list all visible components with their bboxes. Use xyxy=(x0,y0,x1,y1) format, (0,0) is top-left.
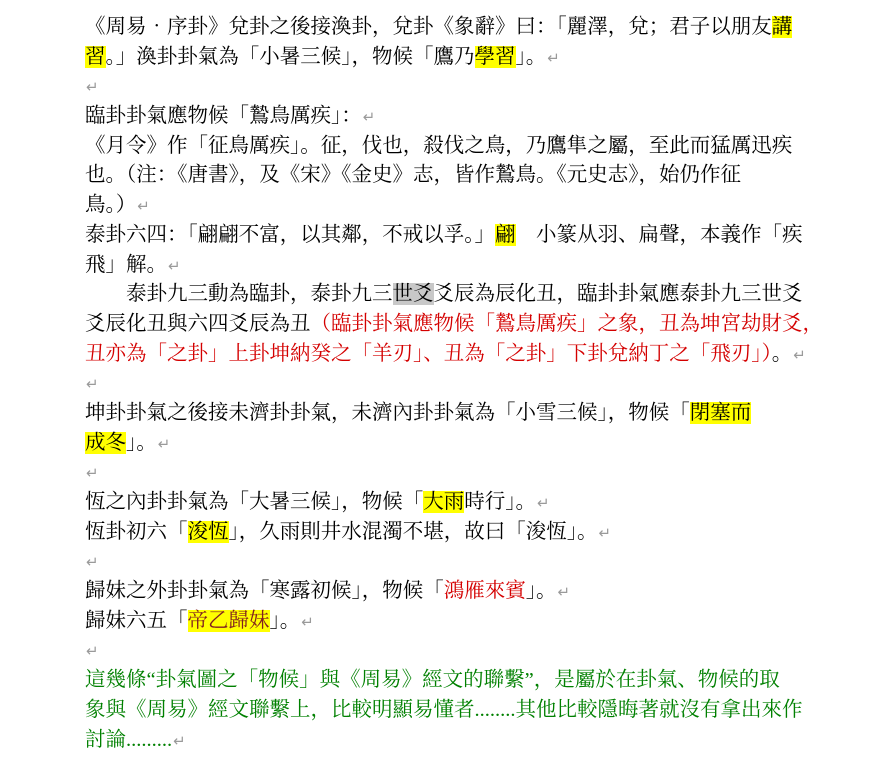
text-run: 泰卦六四：「翩翩不富，以其鄰，不戒以孚。」 xyxy=(85,224,495,246)
text-line: ↵ xyxy=(85,636,795,666)
text-line: 歸妹六五「帝乙歸妹」。↵ xyxy=(85,607,795,637)
paragraph-mark-icon: ↵ xyxy=(85,464,99,482)
text-line: 泰卦九三動為臨卦，泰卦九三世爻爻辰為辰化丑，臨卦卦氣應泰卦九三世爻 xyxy=(85,280,795,310)
text-line: 《周易‧序卦》兌卦之後接渙卦，兌卦《象辭》曰：「麗澤，兌；君子以朋友講 xyxy=(85,13,795,43)
text-line: 恆之內卦卦氣為「大暑三候」，物候「大雨時行」。↵ xyxy=(85,488,795,518)
highlighted-text-run: 閉塞而 xyxy=(690,402,752,424)
paragraph-mark-icon: ↵ xyxy=(546,49,560,67)
highlighted-text-run: 成冬 xyxy=(85,432,126,454)
text-line: 也。（注：《唐書》，及《宋》《金史》志，皆作鷙鳥。《元史志》，始仍作征 xyxy=(85,161,795,191)
paragraph-mark-icon: ↵ xyxy=(362,108,376,126)
text-run: 」。 xyxy=(516,46,547,68)
text-line: 爻辰化丑與六四爻辰為丑（臨卦卦氣應物候「鷙鳥厲疾」之象，丑為坤宮劫財爻， xyxy=(85,310,795,340)
paragraph-mark-icon: ↵ xyxy=(792,346,806,364)
document-page: 《周易‧序卦》兌卦之後接渙卦，兌卦《象辭》曰：「麗澤，兌；君子以朋友講習。」渙卦… xyxy=(0,0,870,765)
text-line: 恆卦初六「浚恆」，久雨則井水混濁不堪，故曰「浚恆」。↵ xyxy=(85,518,795,548)
text-run: 恆卦初六「 xyxy=(85,521,188,543)
text-run: 」。 xyxy=(526,580,557,602)
text-line: 習。」渙卦卦氣為「小暑三候」，物候「鷹乃學習」。↵ xyxy=(85,43,795,73)
text-line: ↵ xyxy=(85,369,795,399)
text-run: 」，久雨則井水混濁不堪，故曰「浚恆」。 xyxy=(229,521,598,543)
text-run: 飛」解。 xyxy=(85,254,167,276)
text-line: 丑亦為「之卦」上卦坤納癸之「羊刃」、丑為「之卦」下卦兌納丁之「飛刃」）。↵ xyxy=(85,340,795,370)
text-run: 泰卦九三動為臨卦，泰卦九三 xyxy=(85,283,393,305)
text-line: ↵ xyxy=(85,72,795,102)
red-text-run: 鴻雁來賓 xyxy=(444,580,526,602)
text-line: 鳥。）↵ xyxy=(85,191,795,221)
paragraph-mark-icon: ↵ xyxy=(157,435,171,453)
red-text-run: 丑亦為「之卦」上卦坤納癸之「羊刃」、丑為「之卦」下卦兌納丁之「飛刃」） xyxy=(85,343,772,365)
text-run: 爻辰化丑與六四爻辰為丑 xyxy=(85,313,311,335)
text-line: 《月令》作「征鳥厲疾」。征，伐也，殺伐之鳥，乃鷹隼之屬，至此而猛厲迅疾 xyxy=(85,132,795,162)
text-run: 小篆从羽、扁聲，本義作「疾 xyxy=(516,224,803,246)
paragraph-mark-icon: ↵ xyxy=(172,732,186,750)
text-line: ↵ xyxy=(85,547,795,577)
text-run: 《周易‧序卦》兌卦之後接渙卦，兌卦《象辭》曰：「麗澤，兌；君子以朋友 xyxy=(85,16,772,38)
text-run: 。 xyxy=(772,343,793,365)
highlighted-text-run: 學習 xyxy=(475,46,516,68)
document-text-area: 《周易‧序卦》兌卦之後接渙卦，兌卦《象辭》曰：「麗澤，兌；君子以朋友講習。」渙卦… xyxy=(85,13,795,755)
text-line: 泰卦六四：「翩翩不富，以其鄰，不戒以孚。」翩 小篆从羽、扁聲，本義作「疾 xyxy=(85,221,795,251)
text-run: 。」渙卦卦氣為「小暑三候」，物候「鷹乃 xyxy=(106,46,475,68)
text-line: 討論.........↵ xyxy=(85,726,795,756)
paragraph-mark-icon: ↵ xyxy=(85,78,99,96)
text-line: 歸妹之外卦卦氣為「寒露初候」，物候「鴻雁來賓」。↵ xyxy=(85,577,795,607)
highlighted-text-run: 大雨 xyxy=(423,491,464,513)
text-run: 」。 xyxy=(270,610,301,632)
text-line: 飛」解。↵ xyxy=(85,251,795,281)
text-run: 時行」。 xyxy=(464,491,536,513)
green-text-run: 象與《周易》經文聯繫上，比較明顯易懂者........其他比較隱晦著就沒有拿出來… xyxy=(85,699,803,721)
paragraph-mark-icon: ↵ xyxy=(85,642,99,660)
text-run: 歸妹六五「 xyxy=(85,610,188,632)
paragraph-mark-icon: ↵ xyxy=(85,553,99,571)
paragraph-mark-icon: ↵ xyxy=(557,583,571,601)
text-run: 歸妹之外卦卦氣為「寒露初候」，物候「 xyxy=(85,580,444,602)
text-line: 這幾條“卦氣圖之「物候」與《周易》經文的聯繫”，是屬於在卦氣、物候的取 xyxy=(85,666,795,696)
paragraph-mark-icon: ↵ xyxy=(300,613,314,631)
text-run: 也。（注：《唐書》，及《宋》《金史》志，皆作鷙鳥。《元史志》，始仍作征 xyxy=(85,164,741,186)
highlighted-text-run: 翩 xyxy=(495,224,516,246)
paragraph-mark-icon: ↵ xyxy=(536,494,550,512)
text-line: 成冬」。↵ xyxy=(85,429,795,459)
paragraph-mark-icon: ↵ xyxy=(136,197,150,215)
text-run: 鳥。） xyxy=(85,194,136,216)
highlighted-text-run: 浚恆 xyxy=(188,521,229,543)
text-line: 象與《周易》經文聯繫上，比較明顯易懂者........其他比較隱晦著就沒有拿出來… xyxy=(85,696,795,726)
highlighted-text-run: 習 xyxy=(85,46,106,68)
text-run: 爻辰為辰化丑，臨卦卦氣應泰卦九三世爻 xyxy=(434,283,803,305)
text-run: 《月令》作「征鳥厲疾」。征，伐也，殺伐之鳥，乃鷹隼之屬，至此而猛厲迅疾 xyxy=(85,135,792,157)
gray-shaded-text-run: 世爻 xyxy=(393,283,434,305)
paragraph-mark-icon: ↵ xyxy=(598,524,612,542)
paragraph-mark-icon: ↵ xyxy=(167,257,181,275)
highlighted-text-run: 講 xyxy=(772,16,793,38)
text-line: 坤卦卦氣之後接未濟卦卦氣，未濟內卦卦氣為「小雪三候」，物候「閉塞而 xyxy=(85,399,795,429)
text-line: ↵ xyxy=(85,458,795,488)
text-run: 臨卦卦氣應物候「鷙鳥厲疾」： xyxy=(85,105,362,127)
text-run: 」。 xyxy=(126,432,157,454)
text-run: 恆之內卦卦氣為「大暑三候」，物候「 xyxy=(85,491,423,513)
highlighted-text-run: 帝乙歸妹 xyxy=(188,610,270,632)
paragraph-mark-icon: ↵ xyxy=(85,375,99,393)
text-line: 臨卦卦氣應物候「鷙鳥厲疾」：↵ xyxy=(85,102,795,132)
red-text-run: （臨卦卦氣應物候「鷙鳥厲疾」之象，丑為坤宮劫財爻， xyxy=(311,313,824,335)
green-text-run: 討論......... xyxy=(85,729,172,751)
green-text-run: 這幾條“卦氣圖之「物候」與《周易》經文的聯繫”，是屬於在卦氣、物候的取 xyxy=(85,669,780,691)
text-run: 坤卦卦氣之後接未濟卦卦氣，未濟內卦卦氣為「小雪三候」，物候「 xyxy=(85,402,690,424)
